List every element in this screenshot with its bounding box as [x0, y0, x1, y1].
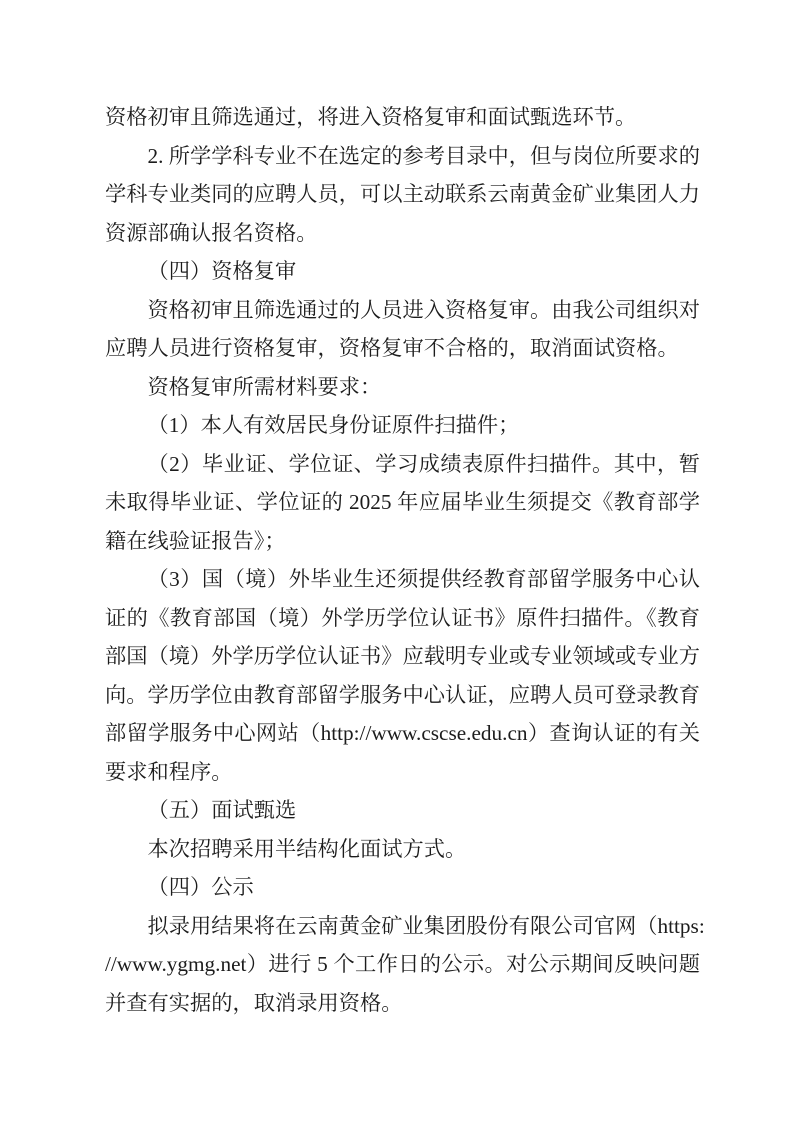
- paragraph: （1）本人有效居民身份证原件扫描件；: [105, 406, 700, 445]
- paragraph: 2. 所学学科专业不在选定的参考目录中，但与岗位所要求的学科专业类同的应聘人员，…: [105, 137, 700, 253]
- text-line: 部留学服务中心网站（http://www.cscse.edu.cn）查询认证的有…: [105, 714, 700, 753]
- paragraph: （3）国（境）外毕业生还须提供经教育部留学服务中心认证的《教育部国（境）外学历学…: [105, 560, 700, 791]
- text-line: 向。学历学位由教育部留学服务中心认证，应聘人员可登录教育: [105, 676, 700, 715]
- document-page: 资格初审且筛选通过，将进入资格复审和面试甄选环节。2. 所学学科专业不在选定的参…: [0, 0, 793, 1122]
- text-line: 要求和程序。: [105, 753, 700, 792]
- paragraph: 资格初审且筛选通过的人员进入资格复审。由我公司组织对应聘人员进行资格复审，资格复…: [105, 291, 700, 368]
- text-line: 未取得毕业证、学位证的 2025 年应届毕业生须提交《教育部学: [105, 483, 700, 522]
- text-line: （1）本人有效居民身份证原件扫描件；: [105, 406, 700, 445]
- section-heading-text: （四）公示: [105, 868, 700, 907]
- text-line: 资格复审所需材料要求：: [105, 368, 700, 407]
- text-line: //www.ygmg.net）进行 5 个工作日的公示。对公示期间反映问题: [105, 945, 700, 984]
- paragraph: 拟录用结果将在云南黄金矿业集团股份有限公司官网（https://www.ygmg…: [105, 907, 700, 1023]
- text-line: 拟录用结果将在云南黄金矿业集团股份有限公司官网（https:: [105, 907, 700, 946]
- text-line: 资格初审且筛选通过的人员进入资格复审。由我公司组织对: [105, 291, 700, 330]
- text-line: 并查有实据的，取消录用资格。: [105, 984, 700, 1023]
- text-line: 籍在线验证报告》；: [105, 522, 700, 561]
- section-heading: （四）资格复审: [105, 252, 700, 291]
- text-line: 部国（境）外学历学位认证书》应载明专业或专业领域或专业方: [105, 637, 700, 676]
- paragraph: 资格初审且筛选通过，将进入资格复审和面试甄选环节。: [105, 98, 700, 137]
- text-line: 学科专业类同的应聘人员，可以主动联系云南黄金矿业集团人力: [105, 175, 700, 214]
- text-line: 2. 所学学科专业不在选定的参考目录中，但与岗位所要求的: [105, 137, 700, 176]
- section-heading-text: （四）资格复审: [105, 252, 700, 291]
- paragraph: （2）毕业证、学位证、学习成绩表原件扫描件。其中，暂未取得毕业证、学位证的 20…: [105, 445, 700, 561]
- text-line: （2）毕业证、学位证、学习成绩表原件扫描件。其中，暂: [105, 445, 700, 484]
- section-heading: （四）公示: [105, 868, 700, 907]
- document-body: 资格初审且筛选通过，将进入资格复审和面试甄选环节。2. 所学学科专业不在选定的参…: [105, 98, 700, 1022]
- paragraph: 本次招聘采用半结构化面试方式。: [105, 830, 700, 869]
- text-line: 证的《教育部国（境）外学历学位认证书》原件扫描件。《教育: [105, 599, 700, 638]
- paragraph: 资格复审所需材料要求：: [105, 368, 700, 407]
- text-line: 应聘人员进行资格复审，资格复审不合格的，取消面试资格。: [105, 329, 700, 368]
- section-heading-text: （五）面试甄选: [105, 791, 700, 830]
- text-line: 资源部确认报名资格。: [105, 214, 700, 253]
- text-line: （3）国（境）外毕业生还须提供经教育部留学服务中心认: [105, 560, 700, 599]
- text-line: 本次招聘采用半结构化面试方式。: [105, 830, 700, 869]
- section-heading: （五）面试甄选: [105, 791, 700, 830]
- text-line: 资格初审且筛选通过，将进入资格复审和面试甄选环节。: [105, 98, 700, 137]
